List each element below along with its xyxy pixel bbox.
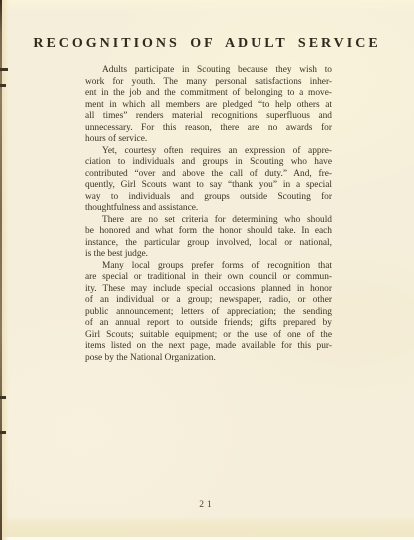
page-edge-mark xyxy=(0,431,6,434)
text-line: work for youth. The many personal satisf… xyxy=(85,77,332,89)
text-line: are special or traditional in their own … xyxy=(85,272,332,284)
text-line: Adults participate in Scouting because t… xyxy=(85,65,332,77)
text-line: ment in which all members are pledged “t… xyxy=(85,100,332,112)
text-line: is the best judge. xyxy=(85,249,332,261)
paragraph: There are no set criteria for determinin… xyxy=(85,215,332,261)
text-line: quently, Girl Scouts want to say “thank … xyxy=(85,180,332,192)
text-line: unnecessary. For this reason, there are … xyxy=(85,123,332,135)
page-title: RECOGNITIONS OF ADULT SERVICE xyxy=(0,36,414,52)
text-line: way to individuals and groups outside Sc… xyxy=(85,192,332,204)
page-edge-mark xyxy=(0,68,8,71)
text-line: public announcement; letters of apprecia… xyxy=(85,307,332,319)
text-line: Girl Scouts; suitable equipment; or the … xyxy=(85,330,332,342)
paragraph: Many local groups prefer forms of recogn… xyxy=(85,261,332,365)
text-line: Many local groups prefer forms of recogn… xyxy=(85,261,332,273)
text-line: ciation to individuals and groups in Sco… xyxy=(85,157,332,169)
text-line: ity. These may include special occasions… xyxy=(85,284,332,296)
page-number: 21 xyxy=(0,500,414,510)
text-line: There are no set criteria for determinin… xyxy=(85,215,332,227)
text-line: ent in the job and the commitment of bel… xyxy=(85,88,332,100)
text-line: pose by the National Organization. xyxy=(85,353,332,365)
text-line: items listed on the next page, made avai… xyxy=(85,341,332,353)
text-line: of an individual or a group; newspaper, … xyxy=(85,295,332,307)
page-left-edge-shade xyxy=(2,0,9,540)
paragraph: Adults participate in Scouting because t… xyxy=(85,65,332,146)
paragraph: Yet, courtesy often requires an expressi… xyxy=(85,146,332,215)
text-line: instance, the particular group involved,… xyxy=(85,238,332,250)
text-line: be honored and what form the honor shoul… xyxy=(85,226,332,238)
scan-bottom-edge xyxy=(0,516,414,537)
text-line: thoughtfulness and assistance. xyxy=(85,203,332,215)
text-line: contributed “over and above the call of … xyxy=(85,169,332,181)
page-edge-mark xyxy=(0,84,6,87)
text-line: Yet, courtesy often requires an expressi… xyxy=(85,146,332,158)
text-line: all times” renders material recognitions… xyxy=(85,111,332,123)
scanned-book-page: RECOGNITIONS OF ADULT SERVICE Adults par… xyxy=(0,0,414,540)
text-line: of an annual report to outside friends; … xyxy=(85,318,332,330)
body-text: Adults participate in Scouting because t… xyxy=(85,65,332,364)
scan-top-edge xyxy=(0,0,414,12)
text-line: hours of service. xyxy=(85,134,332,146)
page-edge-mark xyxy=(0,396,6,399)
